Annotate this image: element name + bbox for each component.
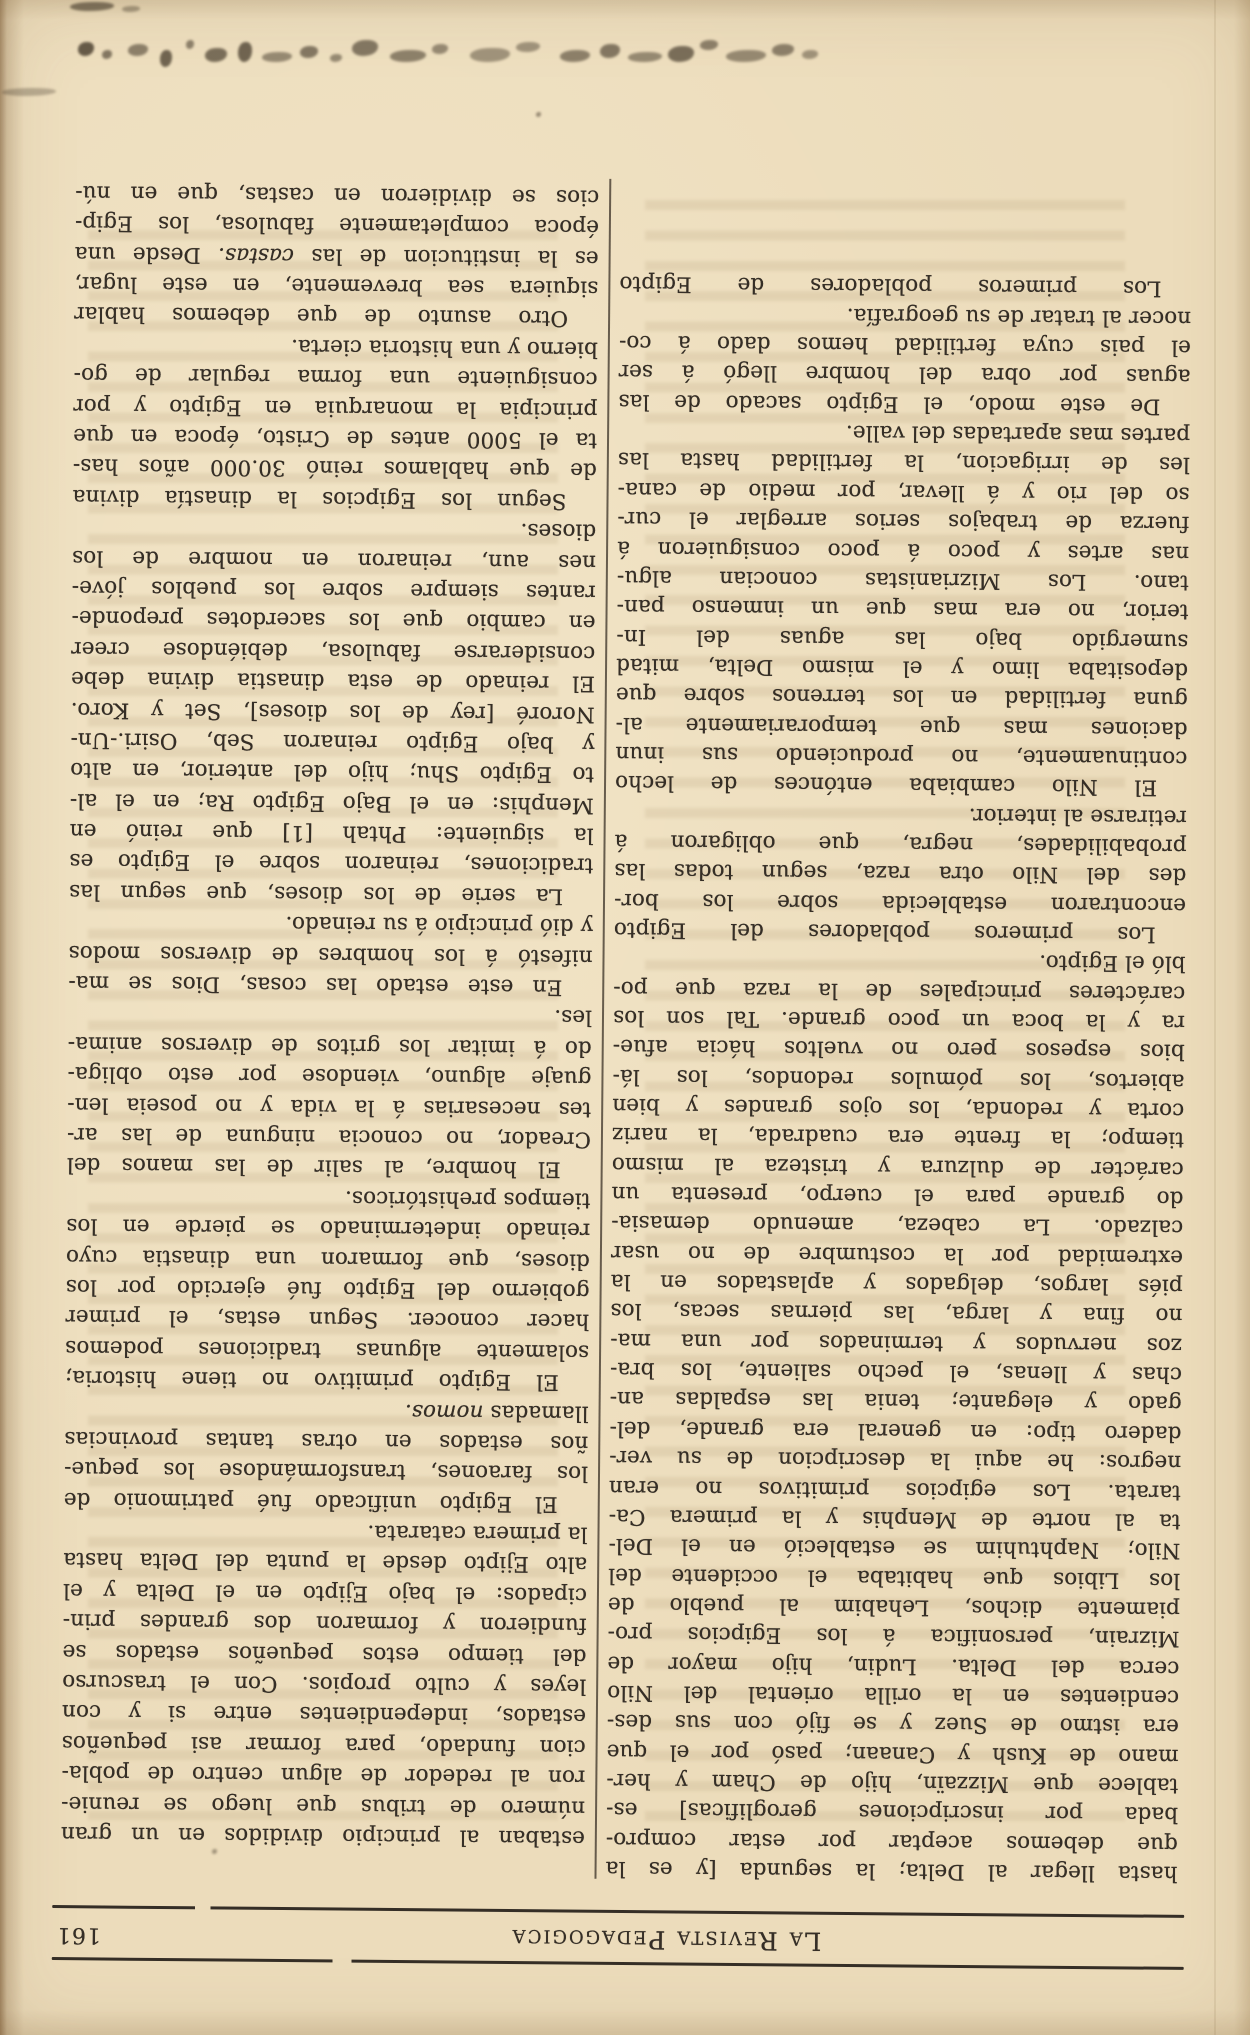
text-line: y bajo Egipto reinaron Seb, Osiri.-Un- bbox=[70, 724, 594, 759]
text-line: Segun los Egipcios la dinastía divina bbox=[72, 481, 596, 516]
text-line: ños estados en otras tantas provincias bbox=[64, 1423, 588, 1458]
text-line: carácter de dulzura y tristeza al mismo bbox=[612, 1149, 1184, 1183]
text-line: que debemos aceptar por estar compro- bbox=[606, 1824, 1178, 1858]
text-line: estaban al principio divididos en un gra… bbox=[61, 1818, 585, 1853]
text-line: de que hablamos reinó 30.000 años has- bbox=[73, 450, 597, 485]
text-line: principia la monarquia en Egipto y por bbox=[73, 389, 597, 424]
text-line: depositaba limo y el mismo Delta, mitad bbox=[616, 650, 1188, 684]
text-line: dioses. bbox=[72, 511, 596, 546]
text-line: negros: he aqui la descripcion de su ver… bbox=[609, 1443, 1181, 1477]
text-line: la siguiente: Phtah [1] que reinó en bbox=[69, 815, 593, 850]
text-line: nes aun, reinaron en nombre de los bbox=[72, 541, 596, 576]
text-line: zos nervudos y terminados por una ma- bbox=[610, 1325, 1182, 1359]
text-line: mano de Kush y Canaan; pasó por el que bbox=[606, 1736, 1178, 1770]
text-line: aguas por obra del hombre llegó á ser bbox=[619, 357, 1191, 391]
text-line: estados, independientes entre si y con bbox=[62, 1696, 586, 1731]
text-column-left: hasta llegar al Delta; la segunda [y es … bbox=[605, 269, 1191, 1888]
text-line: era istmo de Suez y se fijó con sus des- bbox=[607, 1707, 1179, 1741]
text-line: hasta llegar al Delta; la segunda [y es … bbox=[605, 1854, 1177, 1888]
page-number: 161 bbox=[56, 1922, 101, 1947]
text-line: cendientes en la orilla oriental del Nil… bbox=[607, 1677, 1179, 1711]
text-line: La serie de los dioses, que segun las bbox=[69, 876, 593, 911]
text-line: consiguiente una forma regular de go- bbox=[73, 359, 597, 394]
text-line: bada por inscripciones geroglificas] es- bbox=[606, 1795, 1178, 1829]
text-line: considerarse fabulosa, debiéndose creer bbox=[71, 633, 595, 668]
text-line: Creador, no conocia ninguna de las ar- bbox=[67, 1119, 591, 1154]
text-line: del tiempo estos pequeños estados se bbox=[62, 1635, 586, 1670]
text-line: El reinado de esta dinastia divina debe bbox=[71, 663, 595, 698]
text-line: terior, no era mas que un inmenso pan- bbox=[616, 592, 1188, 626]
text-line: ta el 5000 antes de Cristo, época en que bbox=[73, 420, 597, 455]
text-line: gobierno del Egipto fué ejercido por los bbox=[66, 1271, 590, 1306]
text-line: siquiera sea brevemente, en este lugar, bbox=[74, 268, 598, 303]
text-line: Mizrain, personifica á los Egipcios pro- bbox=[607, 1619, 1179, 1653]
text-line: tablece que Mizzaïn, hijo de Cham y her- bbox=[606, 1765, 1178, 1799]
text-line: guaje alguno, viendose por esto obliga- bbox=[67, 1058, 591, 1093]
text-line: sumergido bajo las aguas del In- bbox=[616, 621, 1188, 655]
text-line: no fina y larga, las piernas secas, los bbox=[610, 1296, 1182, 1330]
text-line: Los primeros pobladores de Egipto bbox=[619, 269, 1191, 303]
text-line: des del Nilo otra raza, segun todas las bbox=[614, 856, 1186, 890]
text-line: solamente algunas tradiciones podemos bbox=[65, 1331, 589, 1366]
text-line: En este estado las cosas, Dios se ma- bbox=[68, 967, 592, 1002]
text-line: extremidad por la costumbre de no usar bbox=[611, 1237, 1183, 1271]
text-line: carácteres principales de la raza que po… bbox=[613, 973, 1185, 1007]
text-line: reinado indeterminado se pierde en los bbox=[66, 1210, 590, 1245]
text-line: gado y elegante; tenia las espaldas an- bbox=[610, 1384, 1182, 1418]
text-line: daciones mas que temporariamente al- bbox=[615, 709, 1187, 743]
text-line: tarata. Los egipcios primitivos no eran bbox=[609, 1472, 1181, 1506]
text-columns: hasta llegar al Delta; la segunda [y es … bbox=[57, 138, 1192, 1888]
text-line: Otro asunto de que debemos hablar bbox=[74, 298, 598, 333]
text-column-right: estaban al principio divididos en un gra… bbox=[60, 177, 599, 1883]
text-line: les. bbox=[68, 997, 592, 1032]
text-line: el pais cuya fertilidad hemos dado á co- bbox=[619, 328, 1191, 362]
text-line: nocer al tratar de su geografía. bbox=[619, 298, 1191, 332]
text-line: Nororé [rey de los dioses], Set y Koro. bbox=[71, 693, 595, 728]
text-line: ra y la boca un poco grande. Tal son los bbox=[613, 1003, 1185, 1037]
text-line: nas artes y poco á poco consiguieron á bbox=[617, 533, 1189, 567]
text-line: Los primeros pobladores del Egipto bbox=[614, 915, 1186, 949]
text-line: retirarse al interior. bbox=[615, 797, 1187, 831]
text-line: Nilo; Naphtuhim se estableció en el Del- bbox=[608, 1531, 1180, 1565]
text-line: fuerza de trabajos serios arreglar el cu… bbox=[617, 504, 1189, 538]
text-line: encontraron establecida sobre los bor- bbox=[614, 885, 1186, 919]
text-line: El Nilo cambiaba entónces de lecho bbox=[615, 768, 1187, 802]
text-line: Menphis: en el Bajo Egipto Ra; en el al- bbox=[70, 784, 594, 819]
text-line: piamente dichos, Lehabim al pueblo de bbox=[608, 1589, 1180, 1623]
text-line: De este modo, el Egipto sacado de las bbox=[618, 386, 1190, 420]
text-line: tes necesarias á la vida y no poseia len… bbox=[67, 1088, 591, 1123]
journal-title: La Revista Pedagogica bbox=[510, 1924, 821, 1956]
text-line: en cambio que los sacerdotes preponde- bbox=[71, 602, 595, 637]
text-line: es la institucion de las castas. Desde u… bbox=[75, 237, 599, 272]
text-line: cerca del Delta. Ludin, hijo mayor de bbox=[607, 1648, 1179, 1682]
text-line: dioses, que formaron una dinastia cuyo bbox=[66, 1240, 590, 1275]
text-line: El hombre, al salir de las manos del bbox=[67, 1149, 591, 1184]
text-line: ron al rededor de algun centro de pobla- bbox=[61, 1757, 585, 1792]
text-line: tano. Los Mizrianistas conocian algu- bbox=[617, 562, 1189, 596]
text-line: abiertos, los pómulos redondos, los lá- bbox=[612, 1061, 1184, 1095]
text-line: y dió principio á su reinado. bbox=[69, 906, 593, 941]
text-line: bierno y una historia cierta. bbox=[74, 329, 598, 364]
text-line: cion fundado, para formar asi pequeños bbox=[62, 1727, 586, 1762]
running-head: La Revista Pedagogica 161 bbox=[52, 1905, 1184, 1970]
text-line: ta al norte de Menphis y la primera Ca- bbox=[609, 1501, 1181, 1535]
text-line: los Libios que habitaba el occidente del bbox=[608, 1560, 1180, 1594]
text-line: piés largos, delgados y aplastados en la bbox=[611, 1267, 1183, 1301]
text-line: tradiciones, reinaron sobre el Egipto es bbox=[69, 845, 593, 880]
text-line: El Egipto primitivo no tiene historia; bbox=[65, 1362, 589, 1397]
text-line: cios se dividieron en castas, que en nú- bbox=[75, 177, 599, 212]
text-line: continuamente, no produciendo sus inun bbox=[615, 738, 1187, 772]
text-line: to Egipto Shu; hijo del anterior, en alt… bbox=[70, 754, 594, 789]
text-line: leyes y culto propios. Con el trascurso bbox=[62, 1666, 586, 1701]
text-line: alto Ejipto desde la punta del Delta has… bbox=[63, 1544, 587, 1579]
scanned-page: La Revista Pedagogica 161 hasta llegar a… bbox=[0, 0, 1250, 2035]
text-line: do á imitar los gritos de diversos anima… bbox=[68, 1028, 592, 1063]
text-line: bios espesos pero no vueltos hácia afue- bbox=[613, 1032, 1185, 1066]
text-line: fundieron y formaron dos grandes prin- bbox=[63, 1605, 587, 1640]
text-line: guna fertilidad en los terrenos sobre qu… bbox=[616, 680, 1188, 714]
text-line: probabilidades, negra, que obligaron á bbox=[614, 827, 1186, 861]
text-line: la primera catarata. bbox=[63, 1514, 587, 1549]
text-line: El Egipto unificado fué patrimonio de bbox=[64, 1483, 588, 1518]
text-line: hacer conocer. Segun estas, el primer bbox=[65, 1301, 589, 1336]
text-line: chas y llenas, el pecho saliente, los br… bbox=[610, 1355, 1182, 1389]
text-line: tiempos prehistóricos. bbox=[66, 1180, 590, 1215]
text-line: tiempo; la frente era cuadrada, la nariz bbox=[612, 1120, 1184, 1154]
page-content-rotated: La Revista Pedagogica 161 hasta llegar a… bbox=[0, 0, 1250, 2035]
text-line: les de irrigacion, la fertilidad hasta l… bbox=[618, 445, 1190, 479]
text-line: do grande para el cuerpo, presenta un bbox=[611, 1179, 1183, 1213]
text-line: so del rio y á llevar, por medio de cana… bbox=[617, 474, 1189, 508]
text-line: calzado. La cabeza, amenudo demasia- bbox=[611, 1208, 1183, 1242]
text-line: rantes siempre sobre los pueblos jóve- bbox=[72, 572, 596, 607]
text-line: dadero tipo: en general era grande, del- bbox=[609, 1413, 1181, 1447]
text-line: época completamente fabulosa, los Egip- bbox=[75, 207, 599, 242]
text-line: nifestó á los hombres de diversos modos bbox=[68, 936, 592, 971]
text-line: los faraones, transformándose los peque- bbox=[64, 1453, 588, 1488]
header-row: La Revista Pedagogica 161 bbox=[52, 1915, 1184, 1961]
text-line: corta y redonda, los ojos grandes y bien bbox=[612, 1091, 1184, 1125]
text-line: cipados: el bajo Ejipto en el Delta y el bbox=[63, 1575, 587, 1610]
text-line: número de tribus que luego se reunie- bbox=[61, 1787, 585, 1822]
text-line: llamadas nomos. bbox=[64, 1392, 588, 1427]
